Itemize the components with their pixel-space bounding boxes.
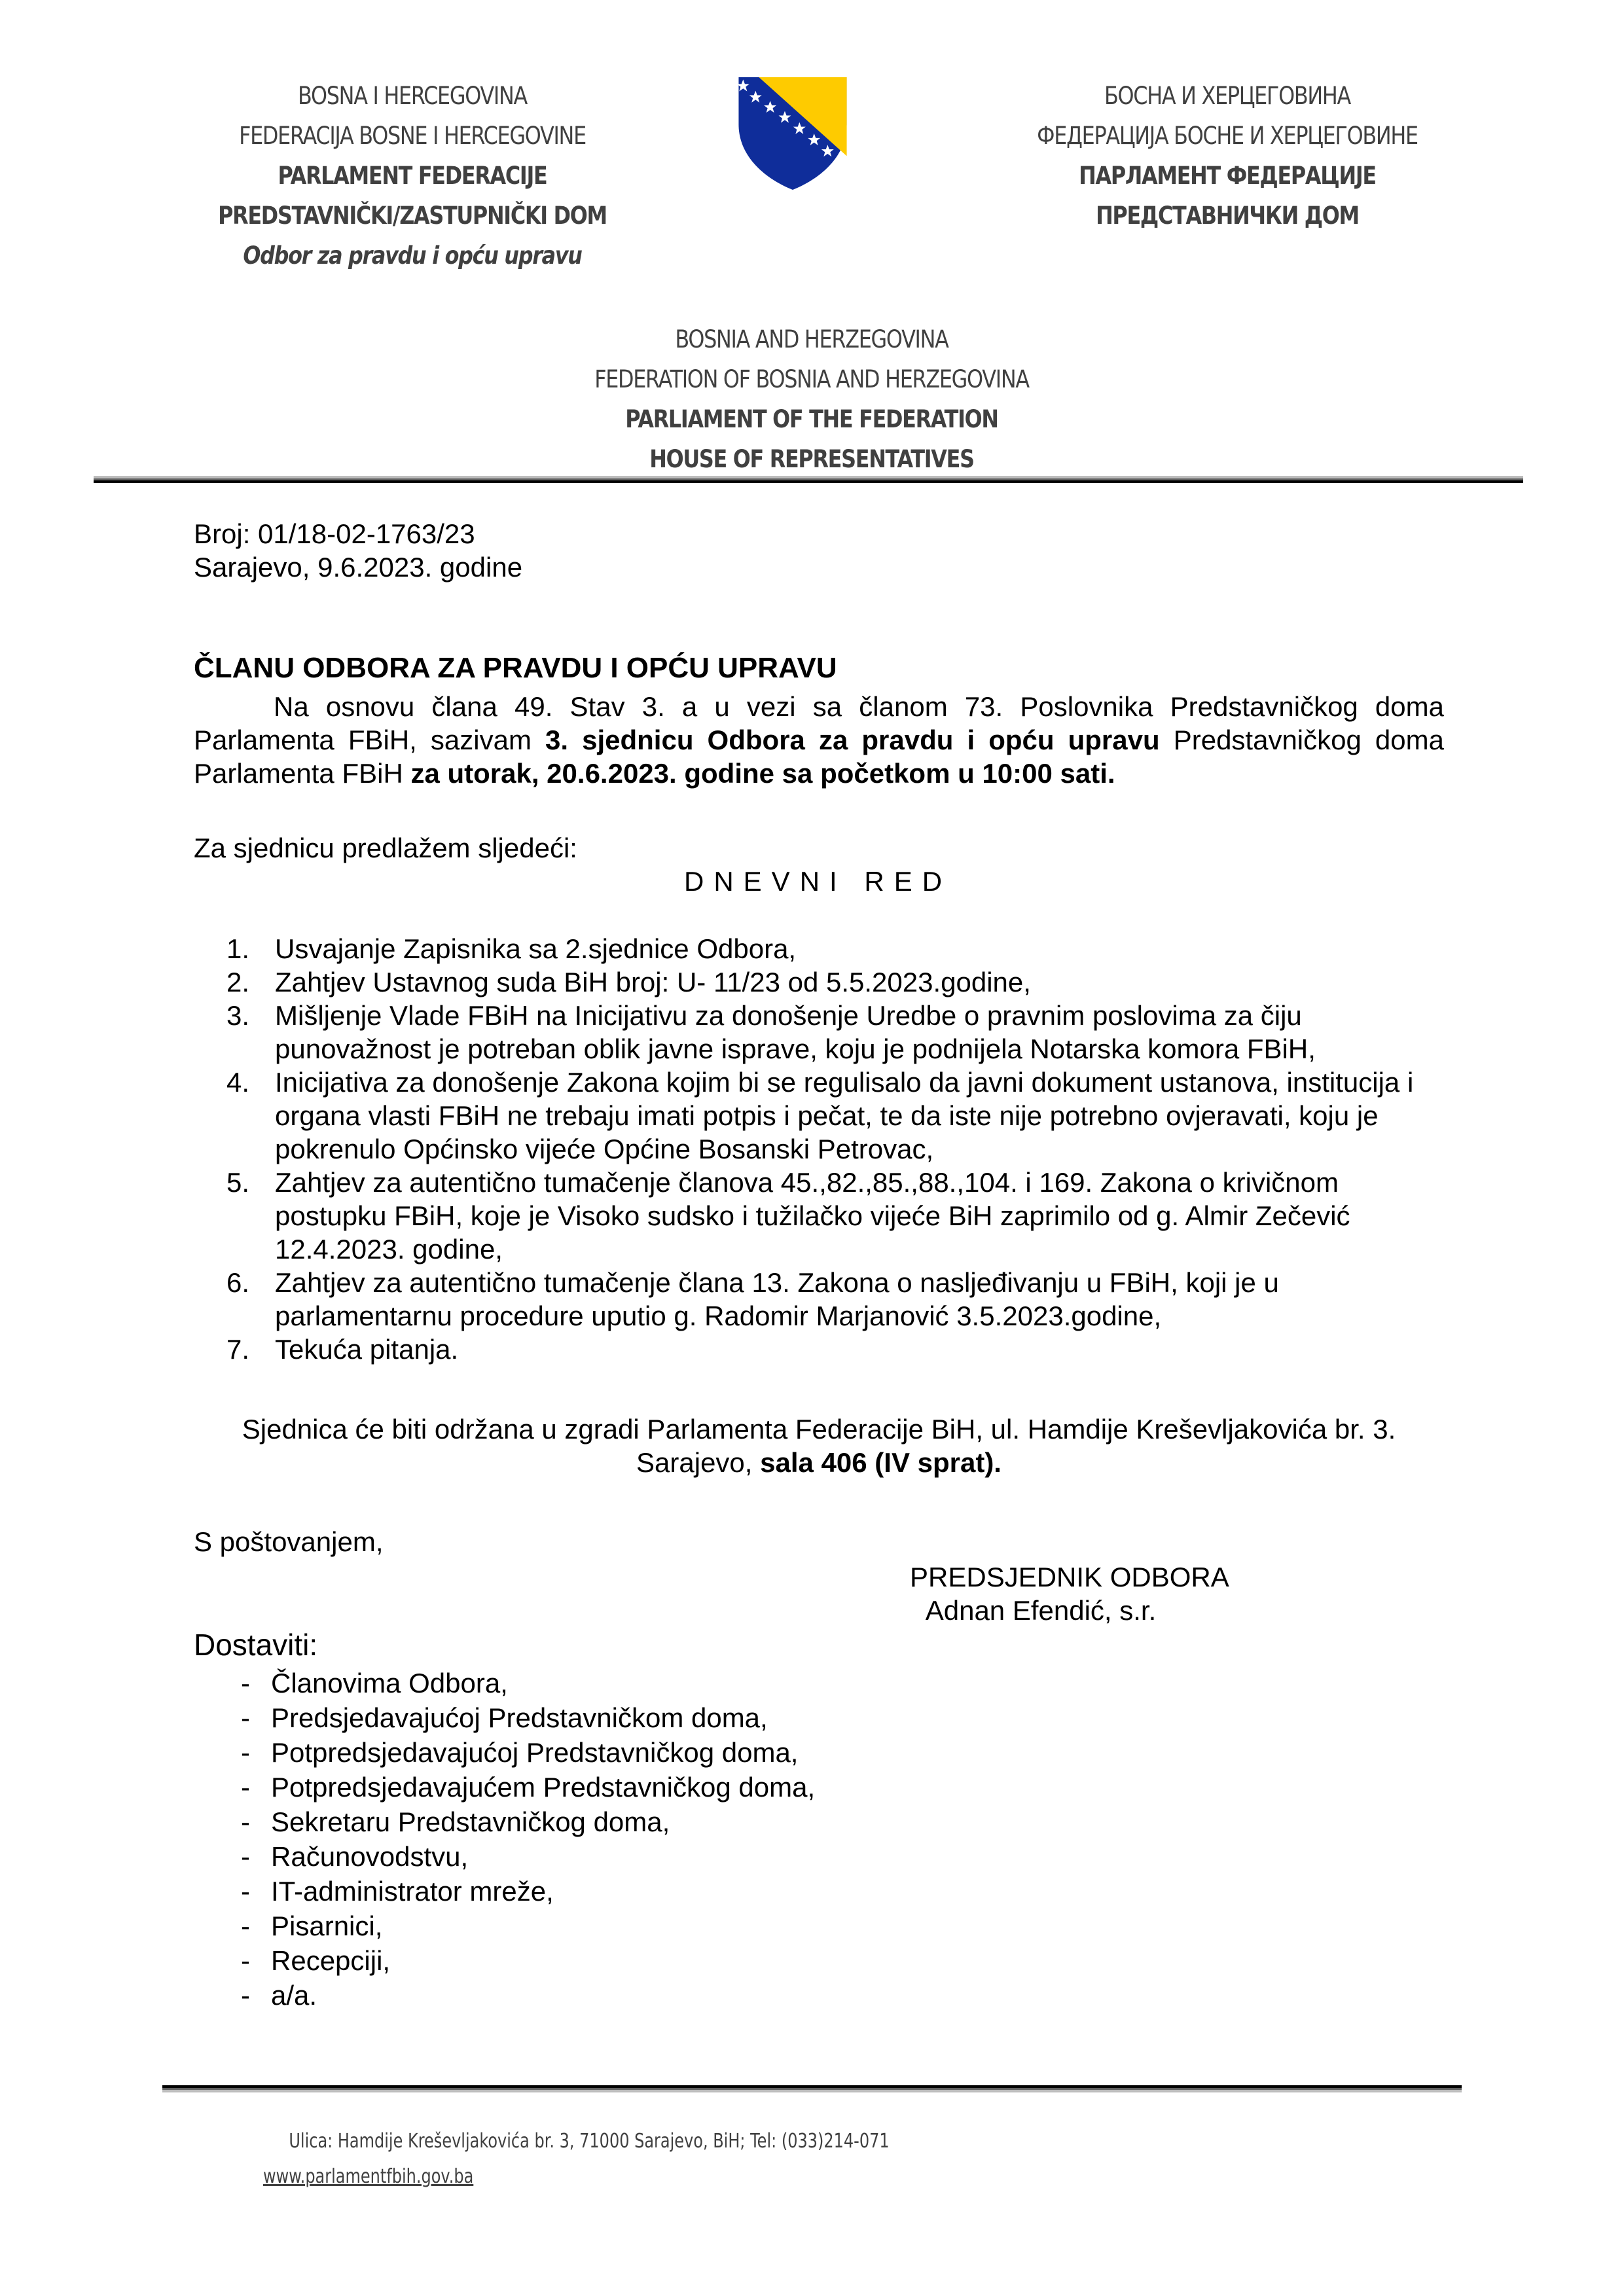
agenda-item: 7.Tekuća pitanja. <box>194 1333 1451 1366</box>
dash-bullet-icon: - <box>241 1804 250 1839</box>
distribution-item-text: Pisarnici, <box>271 1910 382 1941</box>
distribution-item: -Predsjedavajućoj Predstavničkom doma, <box>194 1700 815 1735</box>
reference-place-date: Sarajevo, 9.6.2023. godine <box>194 550 522 584</box>
footer-address: Ulica: Hamdije Kreševljakovića br. 3, 71… <box>223 2127 956 2156</box>
agenda-item-text: Zahtjev Ustavnog suda BiH broj: U- 11/23… <box>275 967 1031 997</box>
dash-bullet-icon: - <box>241 1666 250 1700</box>
letterhead-english: BOSNIA AND HERZEGOVINA FEDERATION OF BOS… <box>452 319 1172 479</box>
agenda-item: 4.Inicijativa za donošenje Zakona kojim … <box>194 1066 1451 1166</box>
letterhead-federation-en: FEDERATION OF BOSNIA AND HERZEGOVINA <box>502 359 1121 399</box>
distribution-item: -Potpredsjedavajućem Predstavničkog doma… <box>194 1770 815 1804</box>
letterhead-house: PREDSTAVNIČKI/ZASTUPNIČKI DOM <box>131 196 694 236</box>
letterhead-parliament: PARLAMENT FEDERACIJE <box>131 156 694 196</box>
letterhead-country-en: BOSNIA AND HERZEGOVINA <box>502 319 1121 359</box>
distribution-item-text: Recepciji, <box>271 1945 390 1976</box>
agenda-item-number: 2. <box>226 965 249 999</box>
letterhead-parliament-en: PARLIAMENT OF THE FEDERATION <box>502 399 1121 439</box>
signature-role: PREDSJEDNIK ODBORA <box>910 1560 1172 1594</box>
agenda-item-number: 5. <box>226 1166 249 1199</box>
document-page: BOSNA I HERCEGOVINA FEDERACIJA BOSNE I H… <box>0 0 1624 2296</box>
agenda-intro: Za sjednicu predlažem sljedeći: <box>194 831 577 865</box>
reference-number: Broj: 01/18-02-1763/23 <box>194 517 522 550</box>
agenda-list: 1.Usvajanje Zapisnika sa 2.sjednice Odbo… <box>194 932 1451 1366</box>
agenda-item-text: Usvajanje Zapisnika sa 2.sjednice Odbora… <box>275 933 796 964</box>
distribution-item: -Potpredsjedavajućoj Predstavničkog doma… <box>194 1735 815 1770</box>
dash-bullet-icon: - <box>241 1735 250 1770</box>
distribution-item: -Računovodstvu, <box>194 1839 815 1874</box>
intro-session-date: za utorak, 20.6.2023. godine sa početkom… <box>410 758 1115 789</box>
venue-room: sala 406 (IV sprat). <box>760 1447 1001 1478</box>
distribution-item-text: IT-administrator mreže, <box>271 1876 554 1907</box>
letterhead-federation: FEDERACIJA BOSNE I HERCEGOVINE <box>131 116 694 156</box>
letterhead-federation-cyr: ФЕДЕРАЦИЈА БОСНЕ И ХЕРЦЕГОВИНЕ <box>965 116 1489 156</box>
distribution-item: -Pisarnici, <box>194 1909 815 1943</box>
agenda-title: DNEVNI RED <box>684 865 952 898</box>
distribution-item: -Recepciji, <box>194 1943 815 1978</box>
agenda-item-number: 7. <box>226 1333 249 1366</box>
dash-bullet-icon: - <box>241 1770 250 1804</box>
agenda-item: 1.Usvajanje Zapisnika sa 2.sjednice Odbo… <box>194 932 1451 965</box>
intro-session-name: 3. sjednicu Odbora za pravdu i opću upra… <box>545 725 1160 755</box>
distribution-item-text: Članovima Odbora, <box>271 1668 508 1698</box>
letterhead-parliament-cyr: ПАРЛАМЕНТ ФЕДЕРАЦИЈЕ <box>965 156 1489 196</box>
document-title: ČLANU ODBORA ZA PRAVDU I OPĆU UPRAVU <box>194 651 837 685</box>
agenda-item-number: 3. <box>226 999 249 1032</box>
reference-block: Broj: 01/18-02-1763/23 Sarajevo, 9.6.202… <box>194 517 522 584</box>
agenda-item-number: 4. <box>226 1066 249 1099</box>
closing-regards: S poštovanjem, <box>194 1525 384 1558</box>
letterhead-house-en: HOUSE OF REPRESENTATIVES <box>502 439 1121 479</box>
distribution-item-text: Sekretaru Predstavničkog doma, <box>271 1806 670 1837</box>
distribution-item: -Članovima Odbora, <box>194 1666 815 1700</box>
agenda-item-text: Zahtjev za autentično tumačenje člana 13… <box>275 1267 1279 1331</box>
coat-of-arms-icon <box>736 77 849 190</box>
footer-website-link[interactable]: www.parlamentfbih.gov.ba <box>263 2162 473 2191</box>
distribution-item: -IT-administrator mreže, <box>194 1874 815 1909</box>
agenda-item: 6.Zahtjev za autentično tumačenje člana … <box>194 1266 1451 1333</box>
distribution-list: -Članovima Odbora,-Predsjedavajućoj Pred… <box>194 1666 815 2013</box>
dash-bullet-icon: - <box>241 1943 250 1978</box>
letterhead-country: BOSNA I HERCEGOVINA <box>131 76 694 116</box>
dash-bullet-icon: - <box>241 1839 250 1874</box>
distribution-item-text: Računovodstvu, <box>271 1841 468 1872</box>
venue-paragraph: Sjednica će biti održana u zgradi Parlam… <box>194 1412 1444 1479</box>
dash-bullet-icon: - <box>241 1978 250 2013</box>
agenda-item-text: Tekuća pitanja. <box>275 1334 458 1365</box>
dash-bullet-icon: - <box>241 1700 250 1735</box>
agenda-item: 3.Mišljenje Vlade FBiH na Inicijativu za… <box>194 999 1451 1066</box>
letterhead-house-cyr: ПРЕДСТАВНИЧКИ ДОМ <box>965 196 1489 236</box>
agenda-item-text: Inicijativa za donošenje Zakona kojim bi… <box>275 1067 1413 1164</box>
signature-block: PREDSJEDNIK ODBORA Adnan Efendić, s.r. <box>910 1560 1172 1627</box>
footer-divider <box>162 2085 1462 2093</box>
distribution-item: -Sekretaru Predstavničkog doma, <box>194 1804 815 1839</box>
signature-name: Adnan Efendić, s.r. <box>910 1594 1172 1627</box>
distribution-item-text: Potpredsjedavajućoj Predstavničkog doma, <box>271 1737 798 1768</box>
letterhead-latin: BOSNA I HERCEGOVINA FEDERACIJA BOSNE I H… <box>85 76 740 276</box>
dash-bullet-icon: - <box>241 1909 250 1943</box>
agenda-item-text: Zahtjev za autentično tumačenje članova … <box>275 1167 1350 1265</box>
agenda-item: 5.Zahtjev za autentično tumačenje članov… <box>194 1166 1451 1266</box>
letterhead-committee: Odbor za pravdu i opću upravu <box>131 236 694 276</box>
distribution-item-text: Potpredsjedavajućem Predstavničkog doma, <box>271 1772 815 1803</box>
distribution-item: -a/a. <box>194 1978 815 2013</box>
agenda-item-number: 6. <box>226 1266 249 1299</box>
intro-paragraph: Na osnovu člana 49. Stav 3. a u vezi sa … <box>194 690 1444 790</box>
distribution-item-text: Predsjedavajućoj Predstavničkom doma, <box>271 1702 768 1733</box>
agenda-item: 2.Zahtjev Ustavnog suda BiH broj: U- 11/… <box>194 965 1451 999</box>
distribution-item-text: a/a. <box>271 1980 317 2011</box>
distribution-label: Dostaviti: <box>194 1626 317 1663</box>
header-divider <box>94 476 1523 484</box>
agenda-item-text: Mišljenje Vlade FBiH na Inicijativu za d… <box>275 1000 1316 1064</box>
dash-bullet-icon: - <box>241 1874 250 1909</box>
agenda-item-number: 1. <box>226 932 249 965</box>
letterhead-country-cyr: БОСНА И ХЕРЦЕГОВИНА <box>965 76 1489 116</box>
letterhead-cyrillic: БОСНА И ХЕРЦЕГОВИНА ФЕДЕРАЦИЈА БОСНЕ И Х… <box>923 76 1532 236</box>
